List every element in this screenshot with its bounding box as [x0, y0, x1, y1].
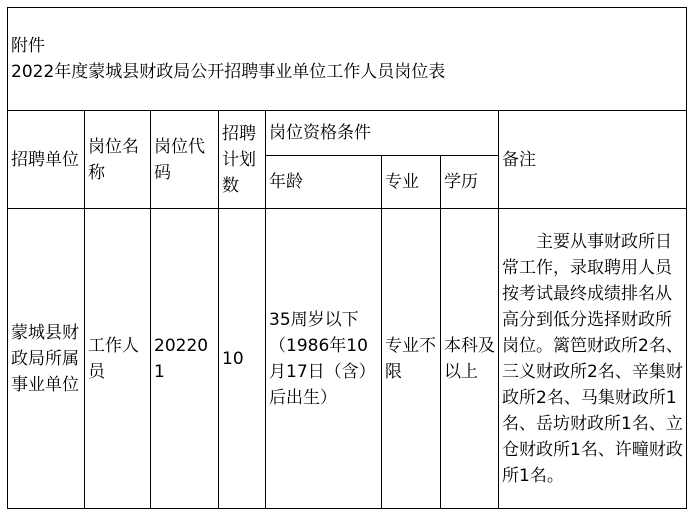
- header-position-code: 岗位代码: [151, 111, 219, 209]
- header-plan-count: 招聘计划数: [219, 111, 266, 209]
- cell-position-code: 202201: [151, 209, 219, 509]
- title-cell: 附件 2022年度蒙城县财政局公开招聘事业单位工作人员岗位表: [8, 8, 687, 111]
- cell-recruit-unit: 蒙城县财政局所属事业单位: [8, 209, 85, 509]
- cell-remarks: 主要从事财政所日常工作，录取聘用人员按考试最终成绩排名从高分到低分选择财政所岗位…: [499, 209, 687, 509]
- header-position-name: 岗位名称: [85, 111, 151, 209]
- cell-age: 35周岁以下（1986年10月17日（含）后出生）: [266, 209, 382, 509]
- cell-major: 专业不限: [382, 209, 441, 509]
- table-row: 蒙城县财政局所属事业单位 工作人员 202201 10 35周岁以下（1986年…: [8, 209, 687, 509]
- header-major: 专业: [382, 156, 441, 209]
- cell-position-name: 工作人员: [85, 209, 151, 509]
- header-age: 年龄: [266, 156, 382, 209]
- title-row: 附件 2022年度蒙城县财政局公开招聘事业单位工作人员岗位表: [8, 8, 687, 111]
- recruitment-position-table: 附件 2022年度蒙城县财政局公开招聘事业单位工作人员岗位表 招聘单位 岗位名称…: [7, 7, 687, 509]
- header-remarks: 备注: [499, 111, 687, 209]
- header-recruit-unit: 招聘单位: [8, 111, 85, 209]
- page-title: 2022年度蒙城县财政局公开招聘事业单位工作人员岗位表: [11, 59, 683, 85]
- header-education: 学历: [441, 156, 499, 209]
- cell-plan-count: 10: [219, 209, 266, 509]
- header-row-1: 招聘单位 岗位名称 岗位代码 招聘计划数 岗位资格条件 备注: [8, 111, 687, 156]
- remarks-text: 主要从事财政所日常工作，录取聘用人员按考试最终成绩排名从高分到低分选择财政所岗位…: [502, 229, 683, 489]
- cell-education: 本科及以上: [441, 209, 499, 509]
- page: 附件 2022年度蒙城县财政局公开招聘事业单位工作人员岗位表 招聘单位 岗位名称…: [0, 0, 693, 517]
- attachment-label: 附件: [11, 33, 683, 59]
- header-qualification-group: 岗位资格条件: [266, 111, 499, 156]
